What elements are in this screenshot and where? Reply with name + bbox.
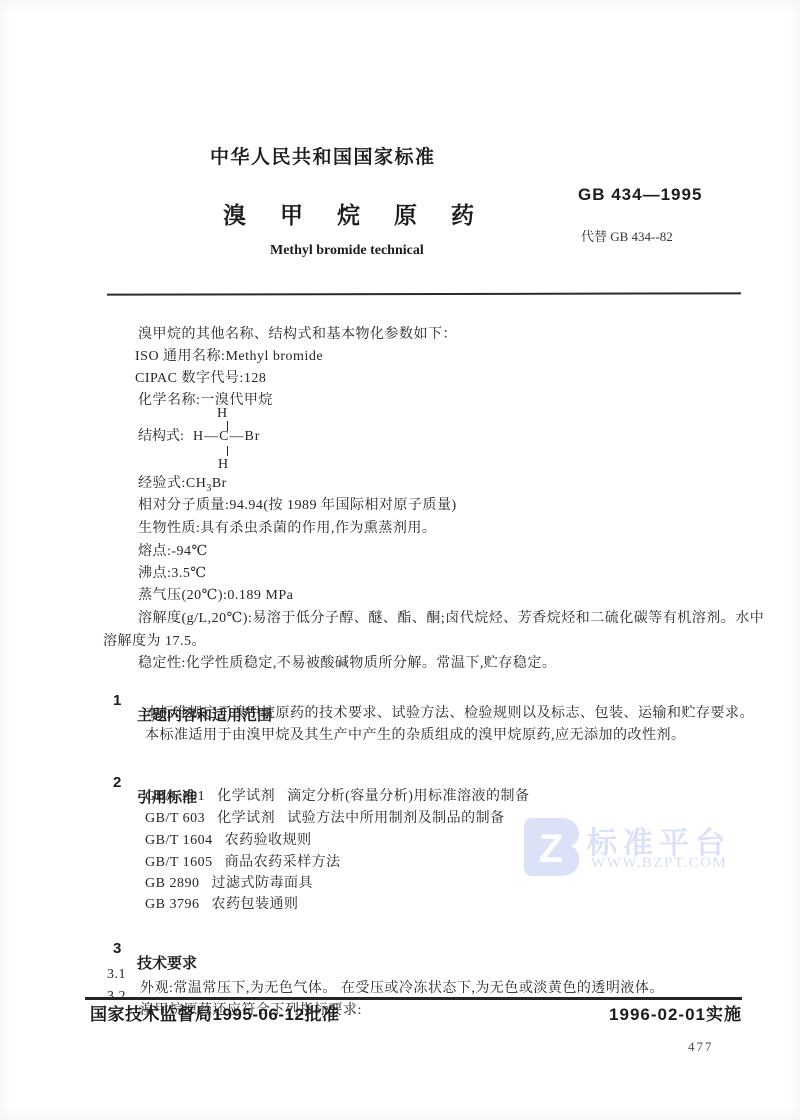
replaces-note: 代替 GB 434--82	[581, 230, 673, 243]
section-2-heading: 2 引用标准	[0, 760, 17, 820]
reference-item: GB/T 601 化学试剂 滴定分析(容量分析)用标准溶液的制备	[145, 790, 529, 804]
vapor-pressure-line: 蒸气压(20℃):0.189 MPa	[138, 589, 293, 603]
reference-item: GB/T 1605 商品农药采样方法	[145, 856, 341, 870]
clause-3-1-text: 外观:常温常压下,为无色气体。 在受压或冷冻状态下,为无色或淡黄色的透明液体。	[140, 982, 664, 996]
section-1-number: 1	[113, 693, 121, 708]
clause-3-1-number: 3.1	[107, 968, 126, 982]
section-1-paragraph-1: 本标准规定了溴甲烷原药的技术要求、试验方法、检验规则以及标志、包装、运输和贮存要…	[145, 707, 754, 721]
section-3-title: 技术要求	[137, 956, 197, 971]
empirical-post: Br	[212, 476, 227, 491]
cipac-code-line: CIPAC 数字代号:128	[135, 372, 266, 386]
section-2-number: 2	[113, 775, 121, 790]
solubility-line-1: 溶解度(g/L,20℃):易溶于低分子醇、醚、酯、酮;卤代烷烃、芳香烷烃和二硫化…	[138, 612, 764, 626]
reference-item: GB/T 1604 农药验收规则	[145, 834, 312, 848]
watermark-brand: 标准平台	[587, 818, 731, 862]
reference-item: GB 2890 过滤式防毒面具	[145, 877, 313, 891]
approval-date-text: 国家技术监督局1995-06-12批准	[90, 1006, 339, 1023]
mol-weight-line: 相对分子质量:94.94(按 1989 年国际相对原子质量)	[138, 499, 457, 513]
melting-point-line: 熔点:-94℃	[138, 545, 208, 559]
bzpt-logo-icon: Z	[523, 817, 581, 877]
solubility-line-2: 溶解度为 17.5。	[103, 635, 206, 649]
stability-line: 稳定性:化学性质稳定,不易被酸碱物质所分解。常温下,贮存稳定。	[138, 657, 556, 671]
boiling-point-line: 沸点:3.5℃	[138, 567, 207, 581]
empirical-formula-line: 经验式:CH3Br	[138, 477, 227, 494]
header-rule	[107, 292, 741, 295]
formula-h-top: H	[217, 407, 227, 421]
document-title-cn: 溴甲烷原药	[223, 204, 508, 227]
formula-label: 结构式:	[138, 430, 184, 444]
iso-name-line: ISO 通用名称:Methyl bromide	[135, 350, 323, 364]
section-3-number: 3	[113, 941, 121, 956]
document-title-en: Methyl bromide technical	[270, 244, 424, 258]
national-standard-heading: 中华人民共和国国家标准	[210, 148, 436, 167]
empirical-pre: 经验式:CH	[138, 476, 206, 491]
intro-lead: 溴甲烷的其他名称、结构式和基本物化参数如下：	[138, 328, 457, 342]
reference-item: GB/T 603 化学试剂 试验方法中所用制剂及制品的制备	[145, 812, 505, 826]
clause-3-2: 3.2 溴甲烷原药还应符合下列指标要求:	[0, 976, 16, 1032]
logo-letter: Z	[539, 827, 563, 871]
section-1-heading: 1 主题内容和适用范围	[0, 678, 17, 738]
chem-name-line: 化学名称:一溴代甲烷	[138, 394, 273, 408]
implementation-date-text: 1996-02-01实施	[609, 1006, 742, 1023]
document-page: Z 标准平台 WWW.BZPT.COM 中华人民共和国国家标准 GB 434—1…	[0, 0, 800, 1120]
formula-main: H—C—Br	[193, 430, 260, 444]
bond-line-bottom	[227, 446, 228, 456]
standard-code: GB 434—1995	[578, 186, 702, 203]
watermark-url: WWW.BZPT.COM	[591, 855, 727, 872]
footer-rule	[85, 997, 742, 1000]
section-1-paragraph-2: 本标准适用于由溴甲烷及其生产中产生的杂质组成的溴甲烷原药,应无添加的改性剂。	[145, 729, 686, 743]
formula-h-bottom: H	[218, 458, 228, 472]
watermark: Z 标准平台 WWW.BZPT.COM	[523, 812, 753, 882]
reference-item: GB 3796 农药包装通则	[145, 898, 298, 912]
bio-property-line: 生物性质:具有杀虫杀菌的作用,作为熏蒸剂用。	[138, 522, 436, 536]
page-number: 477	[688, 1040, 714, 1053]
